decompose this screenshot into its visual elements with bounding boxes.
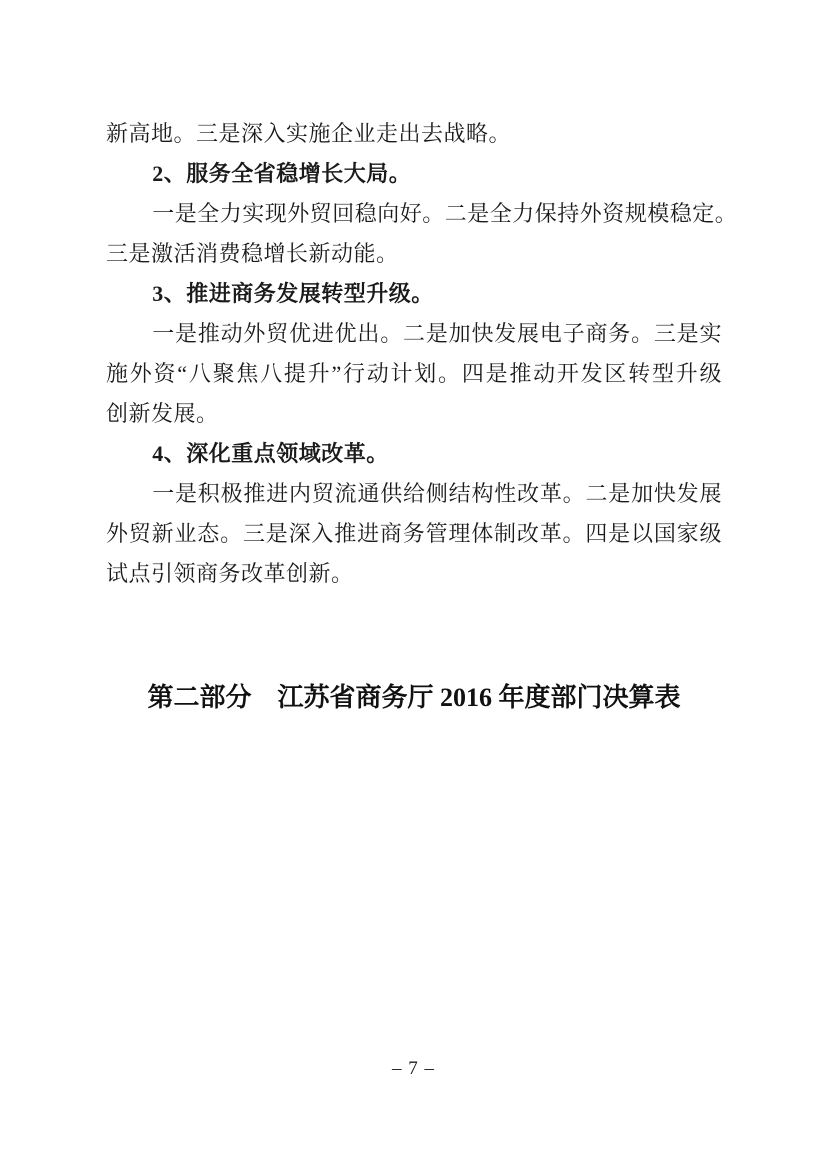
document-page: 新高地。三是深入实施企业走出去战略。 2、服务全省稳增长大局。 一是全力实现外贸… — [0, 0, 827, 1169]
paragraph-line: 外贸新业态。三是深入推进商务管理体制改革。四是以国家级 — [106, 514, 722, 554]
paragraph-line: 一是全力实现外贸回稳向好。二是全力保持外资规模稳定。 — [106, 194, 722, 234]
paragraph-line: 试点引领商务改革创新。 — [106, 554, 722, 594]
paragraph-line: 施外资“八聚焦八提升”行动计划。四是推动开发区转型升级 — [106, 354, 722, 394]
part-two-title: 第二部分 江苏省商务厅 2016 年度部门决算表 — [106, 678, 722, 718]
document-body: 新高地。三是深入实施企业走出去战略。 2、服务全省稳增长大局。 一是全力实现外贸… — [106, 114, 722, 718]
section-heading-4: 4、深化重点领域改革。 — [106, 434, 722, 474]
paragraph-line: 一是积极推进内贸流通供给侧结构性改革。二是加快发展 — [106, 474, 722, 514]
paragraph-line-continuation: 新高地。三是深入实施企业走出去战略。 — [106, 114, 722, 154]
section-heading-3: 3、推进商务发展转型升级。 — [106, 274, 722, 314]
section-heading-2: 2、服务全省稳增长大局。 — [106, 154, 722, 194]
paragraph-line: 一是推动外贸优进优出。二是加快发展电子商务。三是实 — [106, 314, 722, 354]
page-number: – 7 – — [0, 1056, 827, 1082]
paragraph-line: 三是激活消费稳增长新动能。 — [106, 234, 722, 274]
paragraph-line: 创新发展。 — [106, 394, 722, 434]
